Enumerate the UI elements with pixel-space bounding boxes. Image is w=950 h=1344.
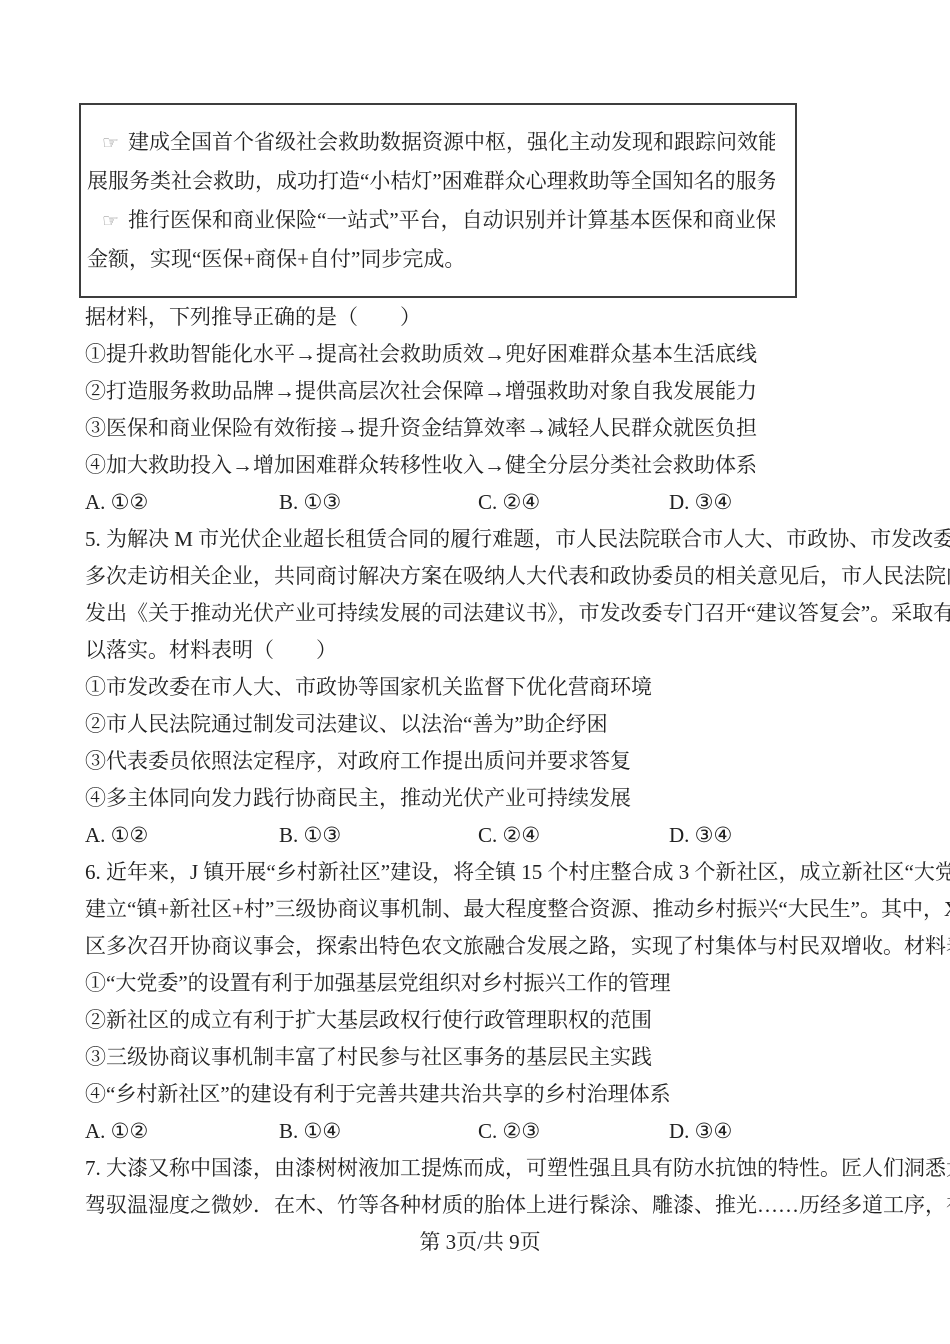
document-body: 据材料，下列推导正确的是（ ） ①提升救助智能化水平→提高社会救助质效→兜好困难…	[85, 299, 875, 1261]
option-a: A. ①②	[85, 1113, 148, 1150]
info-box-text: 建成全国首个省级社会救助数据资源中枢，强化主动发现和跟踪问效能力；大力开	[128, 130, 775, 154]
option-c: C. ②④	[478, 484, 540, 521]
question-4-options: A. ①② B. ①③ C. ②④ D. ③④	[85, 484, 875, 521]
question-4-stem-tail: 据材料，下列推导正确的是（ ）	[85, 299, 875, 336]
info-box-text: 推行医保和商业保险“一站式”平台，自动识别并计算基本医保和商业保险的支付	[128, 208, 775, 232]
question-5-statement-2: ②市人民法院通过制发司法建议、以法治“善为”助企纾困	[85, 706, 875, 743]
question-5-statement-1: ①市发改委在市人大、市政协等国家机关监督下优化营商环境	[85, 669, 875, 706]
question-6-statement-3: ③三级协商议事机制丰富了村民参与社区事务的基层民主实践	[85, 1039, 875, 1076]
question-5-stem: 以落实。材料表明（ ）	[85, 632, 875, 669]
option-b: B. ①③	[279, 484, 341, 521]
info-box-text: 展服务类社会救助，成功打造“小桔灯”困难群众心理救助等全国知名的服务品牌。	[87, 162, 775, 201]
question-5-statement-4: ④多主体同向发力践行协商民主，推动光伏产业可持续发展	[85, 780, 875, 817]
option-b: B. ①③	[279, 817, 341, 854]
question-5-stem: 5. 为解决 M 市光伏企业超长租赁合同的履行难题，市人民法院联合市人大、市政协…	[85, 521, 875, 558]
option-a: A. ①②	[85, 484, 148, 521]
question-5-stem: 多次走访相关企业，共同商讨解决方案在吸纳人大代表和政协委员的相关意见后，市人民法…	[85, 558, 875, 595]
question-5-options: A. ①② B. ①③ C. ②④ D. ③④	[85, 817, 875, 854]
question-7-stem: 7. 大漆又称中国漆，由漆树树液加工提炼而成，可塑性强且具有防水抗蚀的特性。匠人…	[85, 1150, 875, 1187]
question-7-stem: 驾驭温湿度之微妙．在木、竹等各种材质的胎体上进行髹涂、雕漆、推光……历经多道工序…	[85, 1187, 875, 1224]
question-6-options: A. ①② B. ①④ C. ②③ D. ③④	[85, 1113, 875, 1150]
option-d: D. ③④	[669, 484, 732, 521]
question-6-statement-1: ①“大党委”的设置有利于加强基层党组织对乡村振兴工作的管理	[85, 965, 875, 1002]
option-d: D. ③④	[669, 1113, 732, 1150]
pointer-hand-icon: ☞	[102, 210, 119, 232]
question-5-statement-3: ③代表委员依照法定程序，对政府工作提出质问并要求答复	[85, 743, 875, 780]
question-4-statement-2: ②打造服务救助品牌→提供高层次社会保障→增强救助对象自我发展能力	[85, 373, 875, 410]
question-5-stem: 发出《关于推动光伏产业可持续发展的司法建议书》，市发改委专门召开“建议答复会”。…	[85, 595, 875, 632]
option-d: D. ③④	[669, 817, 732, 854]
info-box: ☞建成全国首个省级社会救助数据资源中枢，强化主动发现和跟踪问效能力；大力开 展服…	[79, 103, 797, 298]
question-4-statement-4: ④加大救助投入→增加困难群众转移性收入→健全分层分类社会救助体系	[85, 447, 875, 484]
question-4-statement-1: ①提升救助智能化水平→提高社会救助质效→兜好困难群众基本生活底线	[85, 336, 875, 373]
info-box-item: ☞建成全国首个省级社会救助数据资源中枢，强化主动发现和跟踪问效能力；大力开	[87, 123, 775, 162]
question-6-statement-4: ④“乡村新社区”的建设有利于完善共建共治共享的乡村治理体系	[85, 1076, 875, 1113]
option-b: B. ①④	[279, 1113, 341, 1150]
question-6-stem: 区多次召开协商议事会，探索出特色农文旅融合发展之路，实现了村集体与村民双增收。材…	[85, 928, 875, 965]
question-6-stem: 建立“镇+新社区+村”三级协商议事机制、最大程度整合资源、推动乡村振兴“大民生”…	[85, 891, 875, 928]
info-box-item: ☞推行医保和商业保险“一站式”平台，自动识别并计算基本医保和商业保险的支付	[87, 201, 775, 240]
question-6-statement-2: ②新社区的成立有利于扩大基层政权行使行政管理职权的范围	[85, 1002, 875, 1039]
option-c: C. ②③	[478, 1113, 540, 1150]
pointer-hand-icon: ☞	[102, 132, 119, 154]
option-c: C. ②④	[478, 817, 540, 854]
option-a: A. ①②	[85, 817, 148, 854]
page-number: 第 3页/共 9页	[85, 1224, 875, 1261]
question-6-stem: 6. 近年来，J 镇开展“乡村新社区”建设，将全镇 15 个村庄整合成 3 个新…	[85, 854, 875, 891]
question-4-statement-3: ③医保和商业保险有效衔接→提升资金结算效率→减轻人民群众就医负担	[85, 410, 875, 447]
info-box-text: 金额，实现“医保+商保+自付”同步完成。	[87, 240, 775, 279]
document-page: ☞建成全国首个省级社会救助数据资源中枢，强化主动发现和跟踪问效能力；大力开 展服…	[0, 0, 950, 1344]
